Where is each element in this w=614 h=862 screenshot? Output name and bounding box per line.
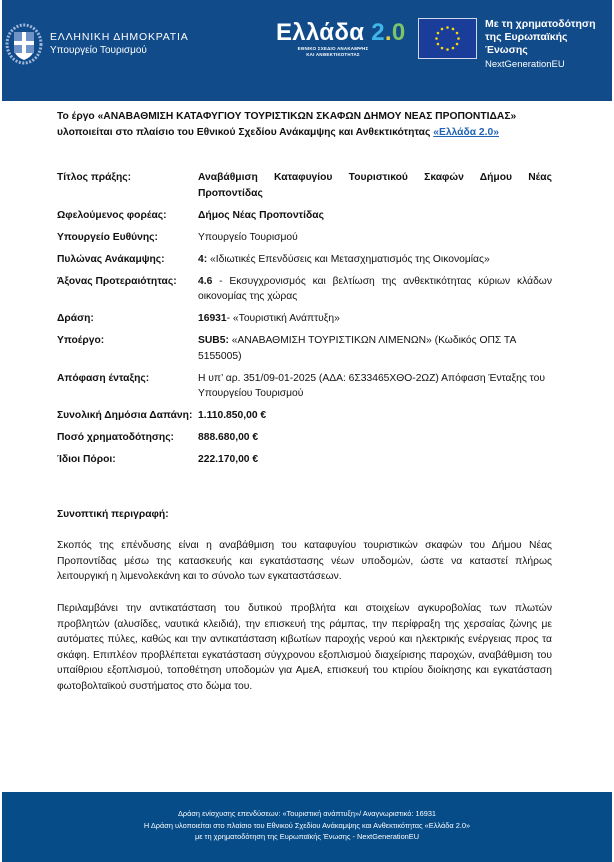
ellada-zero: 0 bbox=[392, 19, 406, 46]
subproject-label: Υποέργο: bbox=[57, 333, 198, 364]
header-banner: ΕΛΛΗΝΙΚΗ ΔΗΜΟΚΡΑΤΙΑ Υπουργείο Τουρισμού … bbox=[2, 0, 612, 101]
axis-text: - Εκσυγχρονισμός και βελτίωση της ανθεκτ… bbox=[198, 276, 552, 303]
action-label: Δράση: bbox=[57, 311, 198, 327]
ministry-label: Υπουργείο Ευθύνης: bbox=[57, 230, 198, 246]
detail-row-funding: Ποσό χρηματοδότησης: 888.680,00 € bbox=[57, 430, 552, 446]
pillar-value: 4: «Ιδιωτικές Επενδύσεις και Μετασχηματι… bbox=[198, 252, 552, 268]
detail-row-axis: Άξονας Προτεραιότητας: 4.6 - Εκσυγχρονισ… bbox=[57, 274, 552, 305]
ellada-wordmark: Ελλάδα bbox=[276, 19, 364, 46]
footer-line-2: Η Δράση υλοποιείται στο πλαίσιο του Εθνι… bbox=[2, 820, 612, 832]
beneficiary-value: Δήμος Νέας Προποντίδας bbox=[198, 208, 552, 224]
decision-value: Η υπ’ αρ. 351/09-01-2025 (ΑΔΑ: 6Σ33465ΧΘ… bbox=[198, 371, 552, 402]
summary-paragraph-2: Περιλαμβάνει την αντικατάσταση του δυτικ… bbox=[57, 601, 552, 694]
next-generation-eu: NextGenerationEU bbox=[485, 58, 612, 71]
beneficiary-label: Ωφελούμενος φορέας: bbox=[57, 208, 198, 224]
detail-row-action: Δράση: 16931- «Τουριστική Ανάπτυξη» bbox=[57, 311, 552, 327]
ellada-two: 2 bbox=[371, 19, 385, 46]
decision-label: Απόφαση ένταξης: bbox=[57, 371, 198, 402]
eu-funding-logo: Με τη χρηματοδότηση της Ευρωπαϊκής Ένωση… bbox=[418, 18, 612, 71]
greek-emblem-icon bbox=[4, 22, 44, 66]
pillar-label: Πυλώνας Ανάκαμψης: bbox=[57, 252, 198, 268]
own-resources-label: Ίδιοι Πόροι: bbox=[57, 452, 198, 468]
hellenic-republic-logo: ΕΛΛΗΝΙΚΗ ΔΗΜΟΚΡΑΤΙΑ Υπουργείο Τουρισμού bbox=[2, 22, 189, 66]
total-value: 1.110.850,00 € bbox=[198, 408, 552, 424]
title-value: Αναβάθμιση Καταφυγίου Τουριστικού Σκαφών… bbox=[198, 170, 552, 201]
ellada-2-0-link[interactable]: «Ελλάδα 2.0» bbox=[433, 127, 499, 138]
action-value: 16931- «Τουριστική Ανάπτυξη» bbox=[198, 311, 552, 327]
detail-row-beneficiary: Ωφελούμενος φορέας: Δήμος Νέας Προποντίδ… bbox=[57, 208, 552, 224]
axis-value: 4.6 - Εκσυγχρονισμός και βελτίωση της αν… bbox=[198, 274, 552, 305]
funding-label: Ποσό χρηματοδότησης: bbox=[57, 430, 198, 446]
footer-banner: Δράση ενίσχυσης επενδύσεων: «Τουριστική … bbox=[2, 792, 612, 862]
axis-label: Άξονας Προτεραιότητας: bbox=[57, 274, 198, 305]
pillar-code: 4: bbox=[198, 254, 207, 265]
detail-row-total: Συνολική Δημόσια Δαπάνη: 1.110.850,00 € bbox=[57, 408, 552, 424]
axis-code: 4.6 bbox=[198, 276, 212, 287]
detail-row-subproject: Υποέργο: SUB5: «ΑΝΑΒΑΘΜΙΣΗ ΤΟΥΡΙΣΤΙΚΩΝ Λ… bbox=[57, 333, 552, 364]
pillar-text: «Ιδιωτικές Επενδύσεις και Μετασχηματισμό… bbox=[207, 254, 490, 265]
ellada-subtitle-2: ΚΑΙ ΑΝΘΕΚΤΙΚΟΤΗΤΑΣ bbox=[276, 52, 390, 58]
ellada-dot: . bbox=[385, 19, 392, 46]
subproject-value: SUB5: «ΑΝΑΒΑΘΜΙΣΗ ΤΟΥΡΙΣΤΙΚΩΝ ΛΙΜΕΝΩΝ» (… bbox=[198, 333, 552, 364]
detail-row-decision: Απόφαση ένταξης: Η υπ’ αρ. 351/09-01-202… bbox=[57, 371, 552, 402]
eu-funding-line-1: Με τη χρηματοδότηση bbox=[485, 18, 612, 31]
funding-value: 888.680,00 € bbox=[198, 430, 552, 446]
total-label: Συνολική Δημόσια Δαπάνη: bbox=[57, 408, 198, 424]
footer-line-3: με τη χρηματοδότηση της Ευρωπαϊκής Ένωση… bbox=[2, 831, 612, 843]
republic-title: ΕΛΛΗΝΙΚΗ ΔΗΜΟΚΡΑΤΙΑ bbox=[50, 31, 189, 44]
action-code: 16931 bbox=[198, 313, 227, 324]
eu-flag-icon bbox=[418, 18, 477, 59]
project-details: Τίτλος πράξης: Αναβάθμιση Καταφυγίου Του… bbox=[57, 170, 552, 474]
detail-row-title: Τίτλος πράξης: Αναβάθμιση Καταφυγίου Του… bbox=[57, 170, 552, 201]
subproject-code: SUB5: bbox=[198, 335, 229, 346]
ellada-2-0-logo: Ελλάδα 2.0 ΕΘΝΙΚΟ ΣΧΕΔΙΟ ΑΝΑΚΑΜΨΗΣ ΚΑΙ Α… bbox=[276, 20, 411, 64]
summary-heading: Συνοπτική περιγραφή: bbox=[57, 509, 169, 520]
ministry-subtitle: Υπουργείο Τουρισμού bbox=[50, 44, 189, 57]
summary-paragraph-1: Σκοπός της επένδυσης είναι η αναβάθμιση … bbox=[57, 538, 552, 585]
footer-line-1: Δράση ενίσχυσης επενδύσεων: «Τουριστική … bbox=[2, 808, 612, 820]
project-intro: Το έργο «ΑΝΑΒΑΘΜΙΣΗ ΚΑΤΑΦΥΓΙΟΥ ΤΟΥΡΙΣΤΙΚ… bbox=[57, 109, 557, 140]
action-text: - «Τουριστική Ανάπτυξη» bbox=[227, 313, 340, 324]
ministry-value: Υπουργείο Τουρισμού bbox=[198, 230, 552, 246]
subproject-text: «ΑΝΑΒΑΘΜΙΣΗ ΤΟΥΡΙΣΤΙΚΩΝ ΛΙΜΕΝΩΝ» (Κωδικό… bbox=[198, 335, 516, 362]
detail-row-pillar: Πυλώνας Ανάκαμψης: 4: «Ιδιωτικές Επενδύσ… bbox=[57, 252, 552, 268]
own-resources-value: 222.170,00 € bbox=[198, 452, 552, 468]
detail-row-ministry: Υπουργείο Ευθύνης: Υπουργείο Τουρισμού bbox=[57, 230, 552, 246]
title-label: Τίτλος πράξης: bbox=[57, 170, 198, 201]
detail-row-own-resources: Ίδιοι Πόροι: 222.170,00 € bbox=[57, 452, 552, 468]
eu-funding-line-2: της Ευρωπαϊκής Ένωσης bbox=[485, 31, 612, 57]
